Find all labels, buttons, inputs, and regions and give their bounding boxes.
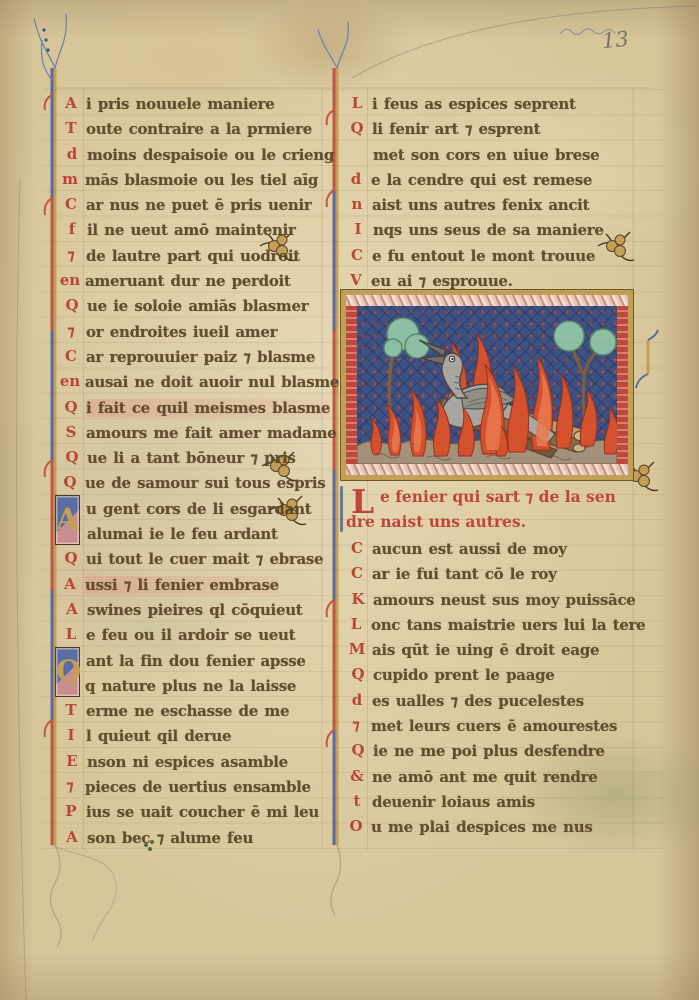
line-text: ue li a tant bōneur ⁊ pris <box>87 449 296 467</box>
rubric-initial: L <box>351 482 374 521</box>
verse-line: dmoins despaisoie ou le crieng <box>87 142 325 167</box>
line-initial: Q <box>346 662 370 687</box>
line-initial: d <box>60 142 84 167</box>
line-text: amours neust sus moy puissāce <box>373 591 636 609</box>
verse-line: enameruant dur ne perdoit <box>85 268 323 293</box>
verse-line: Aswines pieires ql cōquieut <box>87 597 325 622</box>
line-text: son bec ⁊ alume feu <box>87 829 253 847</box>
line-text: i fait ce quil meismes blasme <box>86 399 330 417</box>
rubric-line: e fenier qui sart ⁊ de la sen <box>346 484 634 509</box>
verse-line: Enson ni espices asamble <box>87 749 325 774</box>
line-text: amours me fait amer madame <box>86 424 336 442</box>
verse-line: Que li a tant bōneur ⁊ pris <box>87 445 325 470</box>
line-initial: C <box>59 192 83 217</box>
line-initial: T <box>59 116 83 141</box>
line-text: aist uns autres fenix ancit <box>372 196 589 214</box>
line-text: swines pieires ql cōquieut <box>87 601 302 619</box>
verse-line: Li feus as espices seprent <box>372 91 634 116</box>
line-text: deuenir loiaus amis <box>372 793 535 811</box>
verse-line: mmās blasmoie ou les tiel aīg <box>85 167 323 192</box>
line-text: li fenir art ⁊ esprent <box>372 120 540 138</box>
verse-line: Qie ne me poi plus desfendre <box>373 738 635 763</box>
line-initial: L <box>345 91 369 116</box>
line-initial: K <box>346 587 370 612</box>
line-text: u gent cors de li esgardant <box>86 500 311 518</box>
line-text: ussi ⁊ li fenier embrase <box>85 576 279 594</box>
line-initial: Q <box>59 395 83 420</box>
line-text: ue de samour sui tous espris <box>85 474 325 492</box>
verse-line: Car nus ne puet ē pris uenir <box>86 192 324 217</box>
line-initial: A <box>60 825 84 850</box>
verse-line: ⁊pieces de uertius ensamble <box>85 774 323 799</box>
verse-line: naist uns autres fenix ancit <box>372 192 634 217</box>
line-initial: Q <box>58 470 82 495</box>
verse-line: Le feu ou il ardoir se ueut <box>86 622 324 647</box>
verse-line: Qli fenir art ⁊ esprent <box>372 116 634 141</box>
hairline-scratch <box>352 6 696 78</box>
line-text: mās blasmoie ou les tiel aīg <box>85 171 318 189</box>
line-initial: ⁊ <box>344 713 368 738</box>
line-initial: Q <box>59 546 83 571</box>
line-text: ie ne me poi plus desfendre <box>373 742 605 760</box>
text-column-left: Ai pris nouuele maniereToute contraire a… <box>86 91 324 850</box>
line-text: met leurs cuers ē amourestes <box>371 717 617 735</box>
line-text: de lautre part qui uodroit <box>86 247 300 265</box>
verse-line: Kamours neust sus moy puissāce <box>373 587 635 612</box>
miniature-scene <box>357 306 617 464</box>
verse-line: Qant la fin dou fenier apsse <box>86 648 324 673</box>
line-text: alumai ie le feu ardant <box>87 525 278 543</box>
line-initial: ⁊ <box>59 243 83 268</box>
line-text: u me plai despices me nus <box>371 818 593 836</box>
line-initial: I <box>59 723 83 748</box>
line-text: moins despaisoie ou le crieng <box>87 146 334 164</box>
page-edge-line <box>17 180 26 1000</box>
line-text: met son cors en uiue brese <box>373 146 599 164</box>
manuscript-page: 13 <box>0 0 699 1000</box>
verse-line: Terme ne eschasse de me <box>86 698 324 723</box>
line-initial: d <box>345 688 369 713</box>
text-column-right-upper: Li feus as espices seprentQli fenir art … <box>372 91 634 293</box>
verse-line: Ason bec ⁊ alume feu <box>87 825 325 850</box>
illuminated-initial: A <box>55 495 80 545</box>
line-initial: P <box>59 799 83 824</box>
line-text: ais qūt ie uing ē droit eage <box>372 641 599 659</box>
miniature-frame-band-bottom <box>346 463 628 475</box>
line-initial: Q <box>60 445 84 470</box>
verse-line: Ce fu entout le mont trouue <box>372 243 634 268</box>
line-initial: ⁊ <box>58 774 82 799</box>
line-initial: S <box>59 420 83 445</box>
verse-line: Que ie soloie amiās blasmer <box>87 293 325 318</box>
verse-line: de la cendre qui est remese <box>371 167 633 192</box>
line-text: ar ie fui tant cō le roy <box>372 565 557 583</box>
line-text: es ualles ⁊ des pucelestes <box>372 692 584 710</box>
verse-line: Inqs uns seus de sa maniere <box>373 217 635 242</box>
verse-line: enausai ne doit auoir nul blasme <box>85 369 323 394</box>
verse-line: Qcupido prent le paage <box>373 662 635 687</box>
verse-line: Mais qūt ie uing ē droit eage <box>372 637 634 662</box>
line-initial: L <box>59 622 83 647</box>
line-text: ausai ne doit auoir nul blasme <box>85 373 339 391</box>
illuminated-initial: Q <box>55 647 80 697</box>
verse-line: Car reprouuier paiz ⁊ blasme <box>86 344 324 369</box>
verse-line: Au gent cors de li esgardant <box>86 496 324 521</box>
line-text: ne amō ant me quit rendre <box>372 768 597 786</box>
line-text: e la cendre qui est remese <box>371 171 592 189</box>
line-text: nqs uns seus de sa maniere <box>373 221 604 239</box>
verse-line: fil ne ueut amō maintenir <box>87 217 325 242</box>
margin-bracket <box>636 330 658 388</box>
verse-line: ⁊or endroites iueil amer <box>86 319 324 344</box>
line-initial: ⁊ <box>59 319 83 344</box>
folio-number: 13 <box>601 27 630 53</box>
line-initial: I <box>346 217 370 242</box>
phoenix-miniature <box>341 290 633 480</box>
line-initial: n <box>345 192 369 217</box>
line-text: ant la fin dou fenier apsse <box>86 652 306 670</box>
verse-line: &ne amō ant me quit rendre <box>372 764 634 789</box>
verse-line: Pius se uait coucher ē mi leu <box>86 799 324 824</box>
verse-line: Ou me plai despices me nus <box>371 814 633 839</box>
line-initial: E <box>60 749 84 774</box>
line-text: eu ai ⁊ esprouue. <box>371 272 513 290</box>
verse-line: alumai ie le feu ardant <box>87 521 325 546</box>
rubric: L e fenier qui sart ⁊ de la sen dre nais… <box>346 484 634 535</box>
line-initial: Q <box>345 116 369 141</box>
verse-line: ⁊met leurs cuers ē amourestes <box>371 713 633 738</box>
line-text: cupido prent le paage <box>373 666 555 684</box>
verse-line: Lonc tans maistrie uers lui la tere <box>371 612 633 637</box>
text-column-right-lower: Caucun est aussi de moyCar ie fui tant c… <box>372 536 634 840</box>
line-initial: t <box>345 789 369 814</box>
line-text: i feus as espices seprent <box>372 95 576 113</box>
line-initial: C <box>345 561 369 586</box>
verse-line: Qi fait ce quil meismes blasme <box>86 395 324 420</box>
line-text: il ne ueut amō maintenir <box>87 221 296 239</box>
line-text: ius se uait coucher ē mi leu <box>86 803 319 821</box>
line-initial: L <box>344 612 368 637</box>
line-text: ar nus ne puet ē pris uenir <box>86 196 311 214</box>
line-text: or endroites iueil amer <box>86 323 277 341</box>
verse-line: Que de samour sui tous espris <box>85 470 323 495</box>
line-initial: & <box>345 764 369 789</box>
line-initial: Q <box>346 738 370 763</box>
line-text: i pris nouuele maniere <box>86 95 275 113</box>
line-initial: A <box>60 597 84 622</box>
line-initial: m <box>58 167 82 192</box>
line-text: pieces de uertius ensamble <box>85 778 311 796</box>
line-initial: d <box>344 167 368 192</box>
line-initial: C <box>59 344 83 369</box>
line-initial: en <box>58 369 82 394</box>
verse-line: des ualles ⁊ des pucelestes <box>372 688 634 713</box>
line-text: ue ie soloie amiās blasmer <box>87 297 308 315</box>
rubric-line: dre naist uns autres. <box>346 509 634 534</box>
line-text: nson ni espices asamble <box>87 753 288 771</box>
line-initial: A <box>59 91 83 116</box>
line-initial: T <box>59 698 83 723</box>
line-text: erme ne eschasse de me <box>86 702 289 720</box>
line-text: e feu ou il ardoir se ueut <box>86 626 295 644</box>
verse-line: ⁊de lautre part qui uodroit <box>86 243 324 268</box>
line-initial: Q <box>60 293 84 318</box>
line-initial: C <box>345 536 369 561</box>
verse-line: Car ie fui tant cō le roy <box>372 561 634 586</box>
line-text: l quieut qil derue <box>86 727 231 745</box>
line-text: onc tans maistrie uers lui la tere <box>371 616 645 634</box>
line-text: ameruant dur ne perdoit <box>85 272 291 290</box>
verse-line: Aussi ⁊ li fenier embrase <box>85 572 323 597</box>
line-initial: M <box>345 637 369 662</box>
line-text: q nature plus ne la laisse <box>85 677 296 695</box>
line-text: ui tout le cuer mait ⁊ ebrase <box>86 550 323 568</box>
line-text: aucun est aussi de moy <box>372 540 567 558</box>
line-text: ar reprouuier paiz ⁊ blasme <box>86 348 315 366</box>
verse-line: q nature plus ne la laisse <box>85 673 323 698</box>
miniature-frame-band-right <box>616 306 628 464</box>
verse-line: Ai pris nouuele maniere <box>86 91 324 116</box>
line-initial: A <box>58 572 82 597</box>
line-initial: C <box>345 243 369 268</box>
verse-line: Caucun est aussi de moy <box>372 536 634 561</box>
verse-line: Samours me fait amer madame <box>86 420 324 445</box>
verse-line: Qui tout le cuer mait ⁊ ebrase <box>86 546 324 571</box>
verse-line: tdeuenir loiaus amis <box>372 789 634 814</box>
line-initial: O <box>344 814 368 839</box>
verse-line: met son cors en uiue brese <box>373 142 635 167</box>
line-text: oute contraire a la prmiere <box>86 120 312 138</box>
verse-line: Il quieut qil derue <box>86 723 324 748</box>
line-text: e fu entout le mont trouue <box>372 247 595 265</box>
verse-line: Toute contraire a la prmiere <box>86 116 324 141</box>
line-initial: f <box>60 217 84 242</box>
line-initial: en <box>58 268 82 293</box>
